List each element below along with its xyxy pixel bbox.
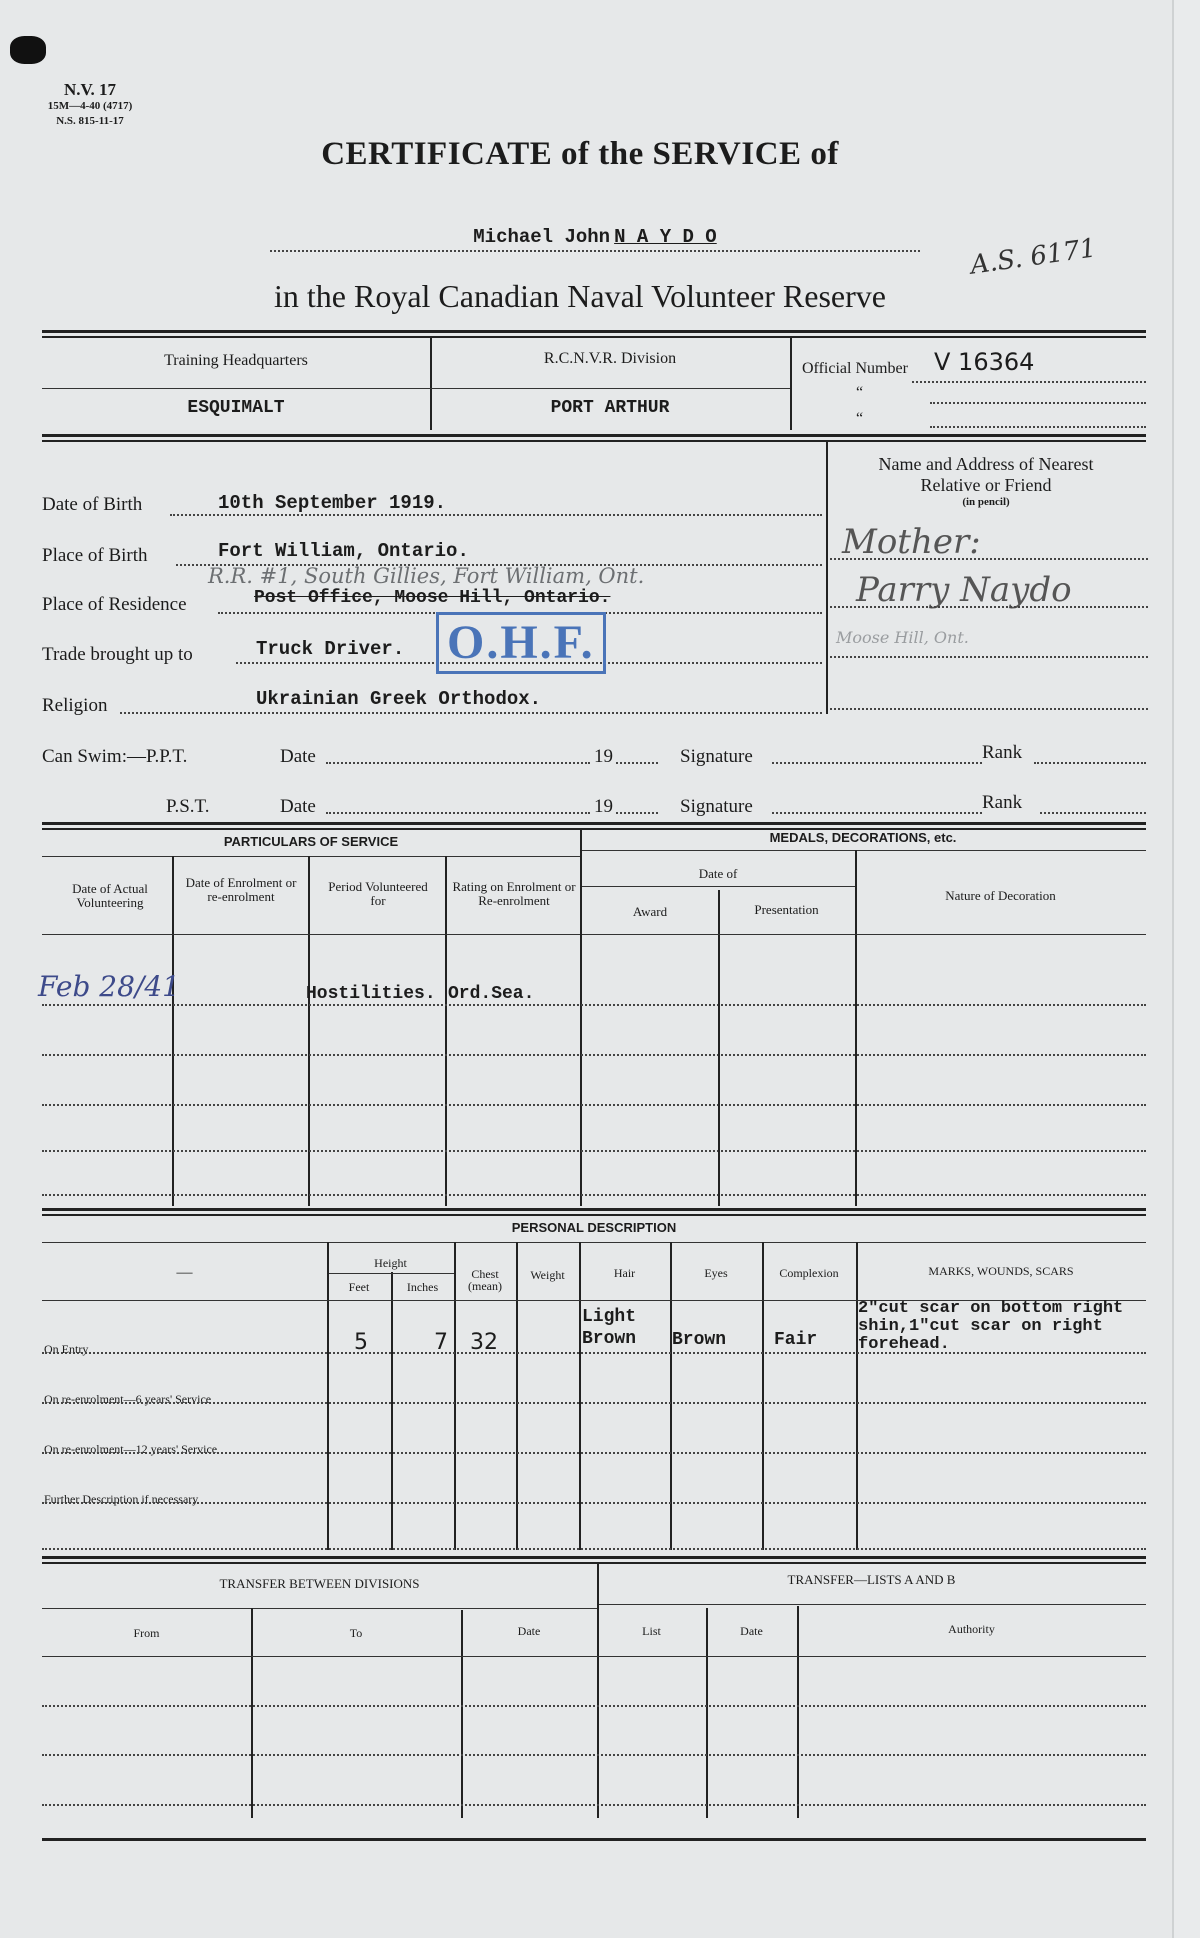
rule: [329, 1273, 454, 1274]
dotted-line: [616, 812, 658, 814]
rule: [42, 1242, 1146, 1243]
dotted-line: [930, 426, 1146, 428]
row-dotted-line: [42, 1754, 1146, 1756]
col-header-enrolment: Date of Enrolment or re-enrolment: [180, 876, 302, 904]
rating-value: Ord.Sea.: [448, 984, 534, 1004]
rule: [42, 388, 790, 389]
nok-name: Parry Naydo: [856, 570, 1072, 610]
residence-label: Place of Residence: [42, 594, 187, 616]
divider: [597, 1562, 599, 1818]
certificate-title: CERTIFICATE of the SERVICE of: [200, 136, 960, 173]
col-header-volunteering: Date of Actual Volunteering: [60, 882, 160, 910]
punch-hole: [10, 36, 46, 64]
rule: [42, 1608, 597, 1609]
rule: [42, 856, 580, 857]
row-dotted-line: [42, 1004, 1146, 1006]
dotted-line: [170, 514, 822, 516]
volunteering-date: Feb 28/41: [38, 970, 180, 1003]
dob-label: Date of Birth: [42, 494, 142, 516]
division-label: R.C.N.V.R. Division: [430, 350, 790, 368]
member-first-names: Michael John: [473, 226, 610, 248]
dotted-line: [930, 402, 1146, 404]
official-number-label: Official Number: [802, 360, 908, 378]
file-reference: A.S. 6171: [969, 233, 1099, 280]
dotted-line: [912, 381, 1146, 383]
divider: [706, 1608, 708, 1818]
nok-address: Moose Hill, Ont.: [836, 628, 969, 647]
feet-header: Feet: [327, 1280, 391, 1295]
dotted-line: [772, 812, 982, 814]
rule: [582, 850, 1146, 851]
row-dotted-line: [42, 1104, 1146, 1106]
medals-date-of: Date of: [582, 866, 854, 882]
row-dotted-line: [42, 1452, 1146, 1454]
dotted-line: [1040, 812, 1146, 814]
rule: [42, 434, 1146, 442]
hair-header: Hair: [579, 1266, 670, 1281]
rule: [42, 1838, 1146, 1841]
pob-value: Fort William, Ontario.: [218, 540, 469, 562]
ohf-stamp: O.H.F.: [436, 612, 606, 674]
weight-header: Weight: [516, 1268, 579, 1283]
rule: [42, 330, 1146, 338]
period-value: Hostilities.: [306, 984, 436, 1004]
dob-value: 10th September 1919.: [218, 492, 446, 514]
hair-value: Light Brown: [582, 1306, 668, 1350]
swim-pst-signature-label: Signature: [680, 796, 753, 818]
nok-note: (in pencil): [826, 496, 1146, 508]
ns-code: N.S. 815-11-17: [30, 115, 150, 127]
form-codes: N.V. 17 15M—4-40 (4717) N.S. 815-11-17: [30, 80, 150, 127]
col-header-rating: Rating on Enrolment or Re-enrolment: [452, 880, 576, 908]
divider: [445, 856, 447, 1206]
rule: [582, 886, 855, 887]
dotted-line: [830, 708, 1148, 710]
height-header: Height: [327, 1256, 454, 1271]
transfer-list-date-header: Date: [706, 1624, 797, 1639]
swim-ppt-signature-label: Signature: [680, 746, 753, 768]
dotted-line: [830, 656, 1148, 658]
ditto-mark: “: [856, 410, 863, 428]
divider: [172, 856, 174, 1206]
swim-pst-rank-label: Rank: [982, 792, 1022, 814]
ditto-mark: “: [856, 384, 863, 402]
official-number-value: V 16364: [934, 348, 1034, 376]
swim-ppt-date-label: Date: [280, 746, 316, 768]
row-label-reenrol-12: On re-enrolment—12 years' Service: [44, 1442, 217, 1457]
row-label-further: Further Description if necessary: [44, 1492, 198, 1507]
rule: [582, 934, 1146, 935]
description-dash: —: [42, 1264, 327, 1282]
row-dotted-line: [42, 1054, 1146, 1056]
transfer-from-header: From: [42, 1626, 251, 1641]
trade-value: Truck Driver.: [256, 638, 404, 660]
eyes-value: Brown: [672, 1330, 726, 1350]
dotted-line: [326, 762, 590, 764]
particulars-title: PARTICULARS OF SERVICE: [42, 834, 580, 849]
description-title: PERSONAL DESCRIPTION: [42, 1220, 1146, 1235]
member-name: Michael John N A Y D O: [270, 226, 920, 248]
rule: [42, 1656, 1146, 1657]
row-dotted-line: [42, 1150, 1146, 1152]
divider: [308, 856, 310, 1206]
row-label-reenrol-6: On re-enrolment—6 years' Service: [44, 1392, 211, 1407]
complexion-header: Complexion: [762, 1266, 856, 1281]
medals-award: Award: [582, 904, 718, 920]
row-dotted-line: [42, 1548, 1146, 1550]
rule: [42, 822, 1146, 830]
row-label-on-entry: On Entry: [44, 1342, 88, 1357]
transfer-lists-title: TRANSFER—LISTS A AND B: [597, 1572, 1146, 1588]
nok-heading-line2: Relative or Friend: [826, 475, 1146, 496]
form-number: N.V. 17: [30, 80, 150, 100]
dotted-line: [616, 762, 658, 764]
marks-header: MARKS, WOUNDS, SCARS: [856, 1264, 1146, 1279]
divider: [391, 1272, 393, 1550]
transfer-list-header: List: [597, 1624, 706, 1639]
divider: [718, 890, 720, 1206]
chest-header: Chest (mean): [458, 1268, 512, 1292]
residence-pencil-correction: R.R. #1, South Gillies, Fort William, On…: [208, 564, 644, 588]
inches-header: Inches: [391, 1280, 454, 1295]
row-dotted-line: [42, 1352, 1146, 1354]
religion-value: Ukrainian Greek Orthodox.: [256, 688, 541, 710]
medals-presentation: Presentation: [718, 902, 855, 918]
transfer-to-header: To: [251, 1626, 461, 1641]
pob-label: Place of Birth: [42, 545, 148, 567]
marks-value: 2"cut scar on bottom right shin,1"cut sc…: [858, 1300, 1198, 1354]
row-dotted-line: [42, 1502, 1146, 1504]
divider: [461, 1610, 463, 1818]
row-dotted-line: [42, 1402, 1146, 1404]
rule: [42, 1556, 1146, 1564]
nok-relation: Mother:: [842, 522, 981, 562]
col-header-period: Period Volunteered for: [320, 880, 436, 908]
divider: [797, 1606, 799, 1818]
name-dotted-line: [270, 250, 920, 252]
residence-value-struck: Post Office, Moose Hill, Ontario.: [254, 588, 610, 608]
division-value: PORT ARTHUR: [430, 398, 790, 418]
member-surname: N A Y D O: [614, 226, 717, 248]
certificate-page: N.V. 17 15M—4-40 (4717) N.S. 815-11-17 C…: [0, 0, 1174, 1938]
row-dotted-line: [42, 1194, 1146, 1196]
swim-ppt-label: Can Swim:—P.P.T.: [42, 746, 187, 768]
next-of-kin-heading: Name and Address of Nearest Relative or …: [826, 454, 1146, 508]
swim-pst-date-label: Date: [280, 796, 316, 818]
dotted-line: [830, 558, 1148, 560]
swim-ppt-rank-label: Rank: [982, 742, 1022, 764]
service-title: in the Royal Canadian Naval Volunteer Re…: [100, 278, 1060, 315]
dotted-line: [120, 712, 822, 714]
nok-heading-line1: Name and Address of Nearest: [826, 454, 1146, 475]
row-dotted-line: [42, 1705, 1146, 1707]
dotted-line: [1034, 762, 1146, 764]
print-code: 15M—4-40 (4717): [30, 100, 150, 112]
divider: [790, 336, 792, 430]
row-dotted-line: [42, 1804, 1146, 1806]
religion-label: Religion: [42, 695, 107, 717]
dotted-line: [772, 762, 982, 764]
complexion-value: Fair: [774, 1330, 817, 1350]
swim-ppt-year: 19: [594, 746, 613, 768]
transfer-authority-header: Authority: [797, 1622, 1146, 1637]
medals-nature: Nature of Decoration: [855, 888, 1146, 904]
trade-label: Trade brought up to: [42, 644, 193, 666]
rule: [42, 934, 580, 935]
training-hq-label: Training Headquarters: [42, 352, 430, 370]
swim-pst-year: 19: [594, 796, 613, 818]
transfer-date-header: Date: [461, 1624, 597, 1639]
rule: [599, 1604, 1146, 1605]
swim-pst-label: P.S.T.: [166, 796, 209, 818]
transfer-divisions-title: TRANSFER BETWEEN DIVISIONS: [42, 1576, 597, 1592]
dotted-line: [830, 606, 1148, 608]
rule: [42, 1208, 1146, 1216]
eyes-header: Eyes: [670, 1266, 762, 1281]
training-hq-value: ESQUIMALT: [42, 398, 430, 418]
dotted-line: [326, 812, 590, 814]
medals-title: MEDALS, DECORATIONS, etc.: [580, 830, 1146, 845]
